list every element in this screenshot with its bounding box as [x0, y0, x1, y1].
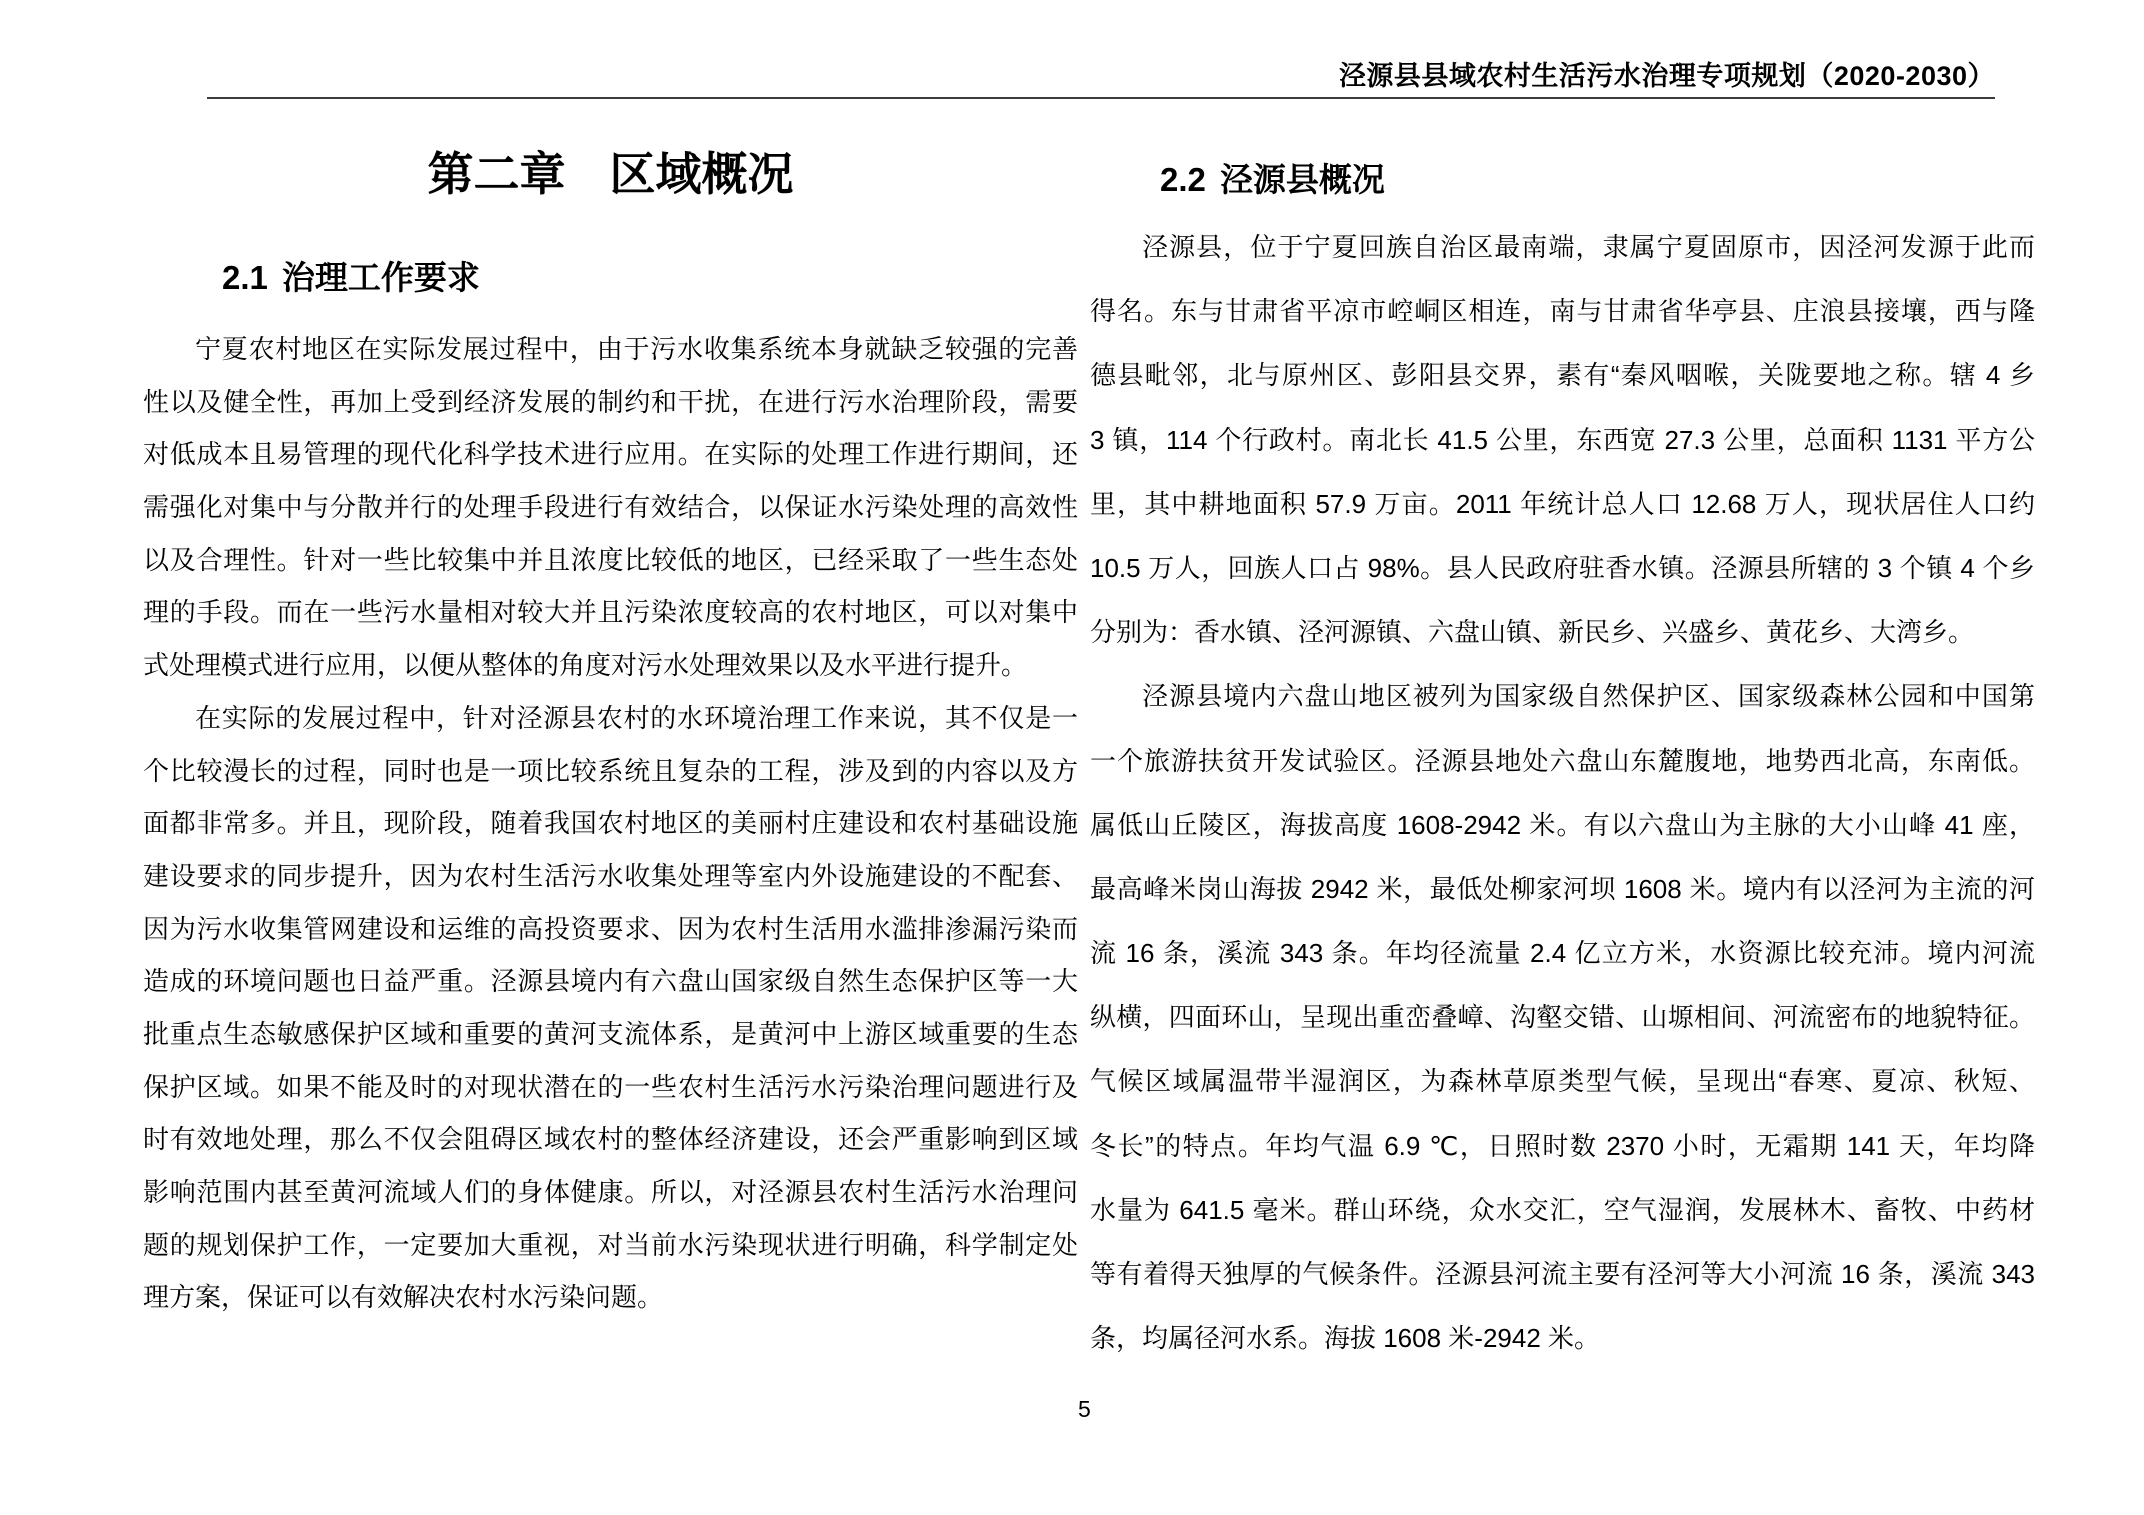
text-line: 式处理模式进行应用，以便从整体的角度对污水处理效果以及水平进行提升。	[143, 639, 1078, 692]
text-line: 泾源县，位于宁夏回族自治区最南端，隶属宁夏固原市，因泾河发源于此而	[1090, 215, 2035, 279]
text-line: 宁夏农村地区在实际发展过程中，由于污水收集系统本身就缺乏较强的完善	[143, 323, 1078, 376]
text-line: 水量为 641.5 毫米。群山环绕，众水交汇，空气湿润，发展林木、畜牧、中药材	[1090, 1178, 2035, 1242]
text-line: 一个旅游扶贫开发试验区。泾源县地处六盘山东麓腹地，地势西北高，东南低。	[1090, 729, 2035, 793]
text-line: 泾源县境内六盘山地区被列为国家级自然保护区、国家级森林公园和中国第	[1090, 664, 2035, 728]
text-line: 保护区域。如果不能及时的对现状潜在的一些农村生活污水污染治理问题进行及	[143, 1061, 1078, 1114]
text-line: 建设要求的同步提升，因为农村生活污水收集处理等室内外设施建设的不配套、	[143, 850, 1078, 903]
section-2-2-number: 2.2	[1160, 161, 1206, 198]
right-column-body-text: 泾源县，位于宁夏回族自治区最南端，隶属宁夏固原市，因泾河发源于此而得名。东与甘肃…	[1090, 215, 2035, 1370]
text-line: 个比较漫长的过程，同时也是一项比较系统且复杂的工程，涉及到的内容以及方	[143, 745, 1078, 798]
chapter-title-text: 区域概况	[610, 148, 794, 200]
page-number: 5	[1078, 1396, 1091, 1423]
text-line: 影响范围内甚至黄河流域人们的身体健康。所以，对泾源县农村生活污水治理问	[143, 1166, 1078, 1219]
text-line: 10.5 万人，回族人口占 98%。县人民政府驻香水镇。泾源县所辖的 3 个镇 …	[1090, 536, 2035, 600]
text-line: 对低成本且易管理的现代化科学技术进行应用。在实际的处理工作进行期间，还	[143, 428, 1078, 481]
text-line: 条，均属径河水系。海拔 1608 米-2942 米。	[1090, 1306, 2035, 1370]
document-page: 泾源县县域农村生活污水治理专项规划（2020-2030） 第二章区域概况 2.1…	[0, 0, 2144, 1515]
text-line: 3 镇，114 个行政村。南北长 41.5 公里，东西宽 27.3 公里，总面积…	[1090, 408, 2035, 472]
paragraph: 在实际的发展过程中，针对泾源县农村的水环境治理工作来说，其不仅是一个比较漫长的过…	[143, 692, 1078, 1324]
text-line: 纵横，四面环山，呈现出重峦叠嶂、沟壑交错、山塬相间、河流密布的地貌特征。	[1090, 985, 2035, 1049]
text-line: 面都非常多。并且，现阶段，随着我国农村地区的美丽村庄建设和农村基础设施	[143, 797, 1078, 850]
text-line: 德县毗邻，北与原州区、彭阳县交界，素有“秦风咽喉，关陇要地之称。辖 4 乡	[1090, 343, 2035, 407]
chapter-number: 第二章	[428, 148, 566, 200]
text-line: 最高峰米岗山海拔 2942 米，最低处柳家河坝 1608 米。境内有以泾河为主流…	[1090, 857, 2035, 921]
page-header-title: 泾源县县域农村生活污水治理专项规划（2020-2030）	[1339, 54, 1995, 93]
text-line: 分别为：香水镇、泾河源镇、六盘山镇、新民乡、兴盛乡、黄花乡、大湾乡。	[1090, 600, 2035, 664]
text-line: 造成的环境问题也日益严重。泾源县境内有六盘山国家级自然生态保护区等一大	[143, 955, 1078, 1008]
text-line: 时有效地处理，那么不仅会阻碍区域农村的整体经济建设，还会严重影响到区域	[143, 1113, 1078, 1166]
section-2-1-number: 2.1	[222, 259, 268, 296]
text-line: 题的规划保护工作，一定要加大重视，对当前水污染现状进行明确，科学制定处	[143, 1219, 1078, 1272]
text-line: 理的手段。而在一些污水量相对较大并且污染浓度较高的农村地区，可以对集中	[143, 586, 1078, 639]
text-line: 流 16 条，溪流 343 条。年均径流量 2.4 亿立方米，水资源比较充沛。境…	[1090, 921, 2035, 985]
section-2-1-title: 治理工作要求	[282, 259, 480, 296]
text-line: 性以及健全性，再加上受到经济发展的制约和干扰，在进行污水治理阶段，需要	[143, 376, 1078, 429]
text-line: 因为污水收集管网建设和运维的高投资要求、因为农村生活用水滥排渗漏污染而	[143, 903, 1078, 956]
paragraph: 宁夏农村地区在实际发展过程中，由于污水收集系统本身就缺乏较强的完善性以及健全性，…	[143, 323, 1078, 692]
section-heading-2-2: 2.2泾源县概况	[1160, 154, 1385, 201]
text-line: 批重点生态敏感保护区域和重要的黄河支流体系，是黄河中上游区域重要的生态	[143, 1008, 1078, 1061]
chapter-title: 第二章区域概况	[143, 138, 1078, 204]
text-line: 以及合理性。针对一些比较集中并且浓度比较低的地区，已经采取了一些生态处	[143, 534, 1078, 587]
text-line: 气候区域属温带半湿润区，为森林草原类型气候，呈现出“春寒、夏凉、秋短、	[1090, 1049, 2035, 1113]
text-line: 冬长”的特点。年均气温 6.9 ℃，日照时数 2370 小时，无霜期 141 天…	[1090, 1114, 2035, 1178]
header-divider-rule	[207, 97, 1995, 99]
paragraph: 泾源县，位于宁夏回族自治区最南端，隶属宁夏固原市，因泾河发源于此而得名。东与甘肃…	[1090, 215, 2035, 664]
text-line: 需强化对集中与分散并行的处理手段进行有效结合，以保证水污染处理的高效性	[143, 481, 1078, 534]
section-2-2-title: 泾源县概况	[1220, 161, 1385, 198]
left-column-body-text: 宁夏农村地区在实际发展过程中，由于污水收集系统本身就缺乏较强的完善性以及健全性，…	[143, 323, 1078, 1324]
section-heading-2-1: 2.1治理工作要求	[222, 252, 480, 299]
text-line: 理方案，保证可以有效解决农村水污染问题。	[143, 1271, 1078, 1324]
text-line: 里，其中耕地面积 57.9 万亩。2011 年统计总人口 12.68 万人，现状…	[1090, 472, 2035, 536]
paragraph: 泾源县境内六盘山地区被列为国家级自然保护区、国家级森林公园和中国第一个旅游扶贫开…	[1090, 664, 2035, 1370]
text-line: 在实际的发展过程中，针对泾源县农村的水环境治理工作来说，其不仅是一	[143, 692, 1078, 745]
text-line: 等有着得天独厚的气候条件。泾源县河流主要有泾河等大小河流 16 条，溪流 343	[1090, 1242, 2035, 1306]
text-line: 得名。东与甘肃省平凉市崆峒区相连，南与甘肃省华亭县、庄浪县接壤，西与隆	[1090, 279, 2035, 343]
text-line: 属低山丘陵区，海拔高度 1608-2942 米。有以六盘山为主脉的大小山峰 41…	[1090, 793, 2035, 857]
